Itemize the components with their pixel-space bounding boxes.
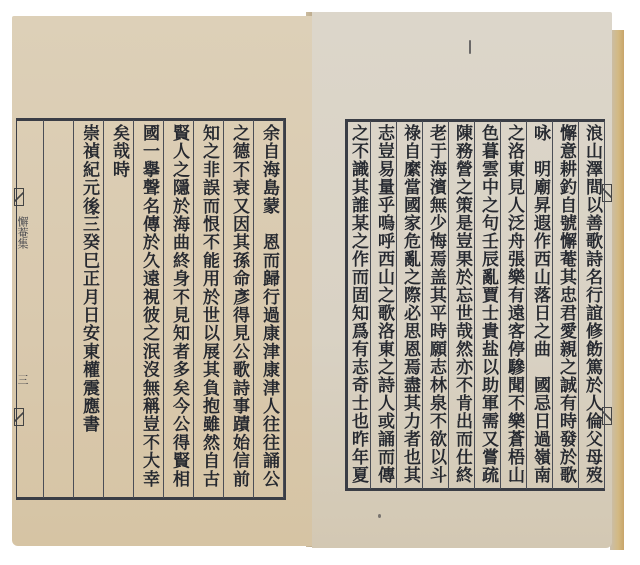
text-column: 國一擧聲名傳於久遠視彼之泯沒無稱豈不大幸 [134,120,164,498]
ink-smudge [469,40,471,54]
book-edge [610,30,624,550]
left-text-frame: 余自海島蒙 恩而歸行過康津康津人往往誦公 之德不衰又因其孫命彥得見公歌詩事蹟始信… [16,118,286,500]
text-column: 咏 明廟昇遐作西山落日之曲 國忌日過嶺南 [527,121,553,489]
text-column: 志豈易量乎嗚呼西山之歌洛東之詩人或誦而傳 [371,121,397,489]
text-column: 祿自縻當國家危亂之際必思恩焉盡其力者也其 [397,121,423,489]
text-column: 矣哉時 [104,120,134,498]
ink-spot [378,514,381,518]
text-column: 余自海島蒙 恩而歸行過康津康津人往往誦公 [254,120,284,498]
empty-column [44,120,74,498]
text-column: 老于海濱無少悔焉盖其平時願志林泉不欲以斗 [423,121,449,489]
right-text-frame: 浪山澤間以善歌詩名行誼修飭篤於人倫父母歿 懈意耕釣自號懈菴其忠君愛親之誠有時發於… [345,119,605,491]
text-column: 知之非誤而恨不能用於世以展其負抱雖然自古 [194,120,224,498]
text-column: 之德不衰又因其孫命彥得見公歌詩事蹟始信前 [224,120,254,498]
text-column: 之不識其誰某之作而固知爲有志奇士也昨年夏 [347,121,371,489]
text-column: 浪山澤間以善歌詩名行誼修飭篤於人倫父母歿 [579,121,605,489]
text-column: 陳務營之策是豈果於忘世哉然亦不肯出而仕終 [449,121,475,489]
text-column: 懈意耕釣自號懈菴其忠君愛親之誠有時發於歌 [553,121,579,489]
text-column: 賢人之隱於海曲終身不見知者多矣今公得賢相 [164,120,194,498]
text-column: 色暮雲中之句壬辰亂賈士貴盐以助軍需又嘗疏 [475,121,501,489]
text-column: 之洛東見人泛舟張樂有遠客停驂聞不樂蒼梧山 [501,121,527,489]
empty-column [16,120,44,498]
colophon-column: 崇禎紀元後三癸巳正月日安東權震應書 [74,120,104,498]
